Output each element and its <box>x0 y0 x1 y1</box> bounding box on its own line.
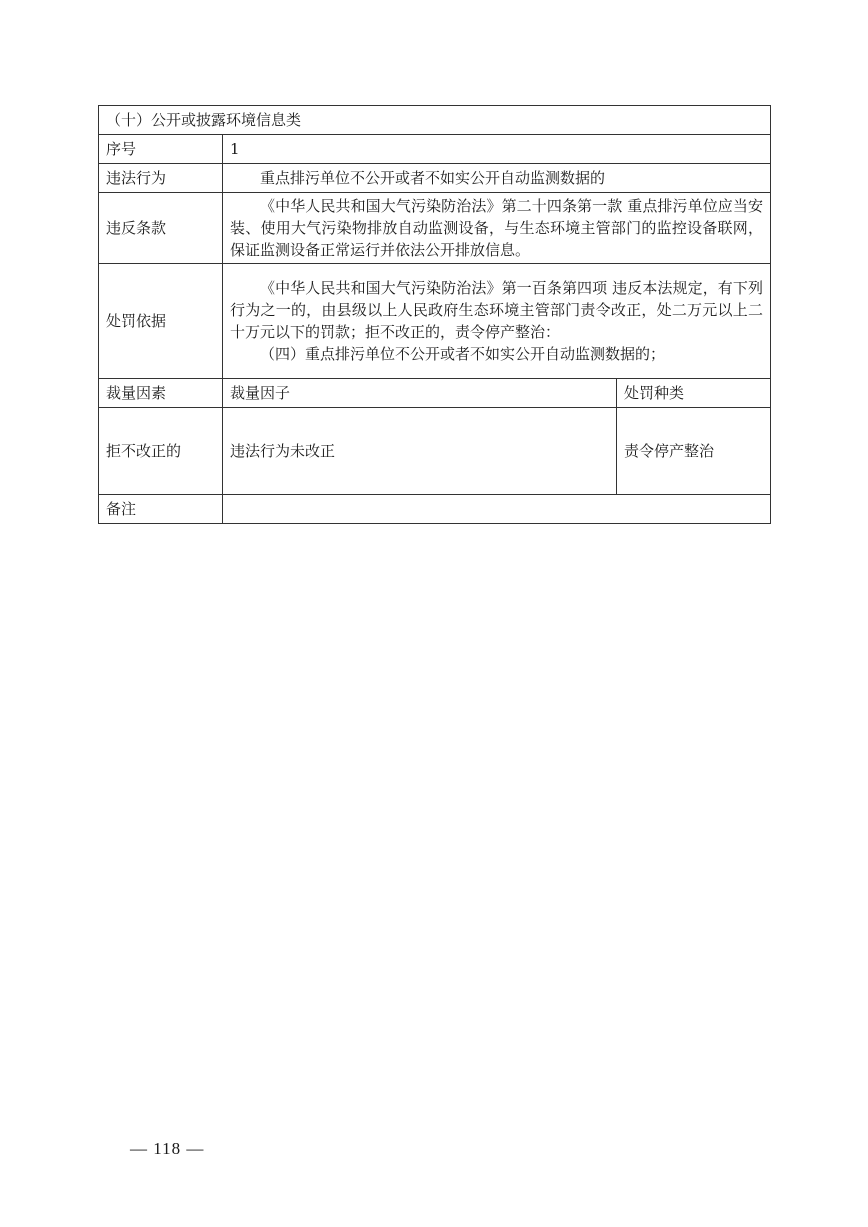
remarks-label: 备注 <box>99 495 223 524</box>
article-violated-label: 违反条款 <box>99 193 223 264</box>
violation-row: 违法行为 重点排污单位不公开或者不如实公开自动监测数据的 <box>99 164 771 193</box>
remarks-row: 备注 <box>99 495 771 524</box>
discretion-element: 违法行为未改正 <box>223 408 617 495</box>
penalty-type: 责令停产整治 <box>617 408 771 495</box>
discretion-header-row: 裁量因素 裁量因子 处罚种类 <box>99 379 771 408</box>
article-violated-text: 《中华人民共和国大气污染防治法》第二十四条第一款 重点排污单位应当安装、使用大气… <box>230 195 763 261</box>
article-violated-row: 违反条款 《中华人民共和国大气污染防治法》第二十四条第一款 重点排污单位应当安装… <box>99 193 771 264</box>
discretion-element-header: 裁量因子 <box>223 379 617 408</box>
page-number: — 118 — <box>130 1139 204 1159</box>
serial-row: 序号 1 <box>99 135 771 164</box>
remarks-value <box>223 495 771 524</box>
section-title-row: （十）公开或披露环境信息类 <box>99 106 771 135</box>
discretion-item-row: 拒不改正的 违法行为未改正 责令停产整治 <box>99 408 771 495</box>
article-violated-cell: 《中华人民共和国大气污染防治法》第二十四条第一款 重点排污单位应当安装、使用大气… <box>223 193 771 264</box>
penalty-basis-paragraph-1: 《中华人民共和国大气污染防治法》第一百条第四项 违反本法规定，有下列行为之一的，… <box>230 277 763 343</box>
penalty-type-header: 处罚种类 <box>617 379 771 408</box>
penalty-basis-paragraph-2: （四）重点排污单位不公开或者不如实公开自动监测数据的； <box>230 343 763 365</box>
penalty-basis-label: 处罚依据 <box>99 264 223 379</box>
violation-label: 违法行为 <box>99 164 223 193</box>
serial-value: 1 <box>223 135 771 164</box>
violation-value: 重点排污单位不公开或者不如实公开自动监测数据的 <box>223 164 771 193</box>
serial-label: 序号 <box>99 135 223 164</box>
section-title: （十）公开或披露环境信息类 <box>99 106 771 135</box>
penalty-discretion-table: （十）公开或披露环境信息类 序号 1 违法行为 重点排污单位不公开或者不如实公开… <box>98 105 771 524</box>
penalty-basis-row: 处罚依据 《中华人民共和国大气污染防治法》第一百条第四项 违反本法规定，有下列行… <box>99 264 771 379</box>
discretion-factor-header: 裁量因素 <box>99 379 223 408</box>
discretion-factor: 拒不改正的 <box>99 408 223 495</box>
penalty-basis-cell: 《中华人民共和国大气污染防治法》第一百条第四项 违反本法规定，有下列行为之一的，… <box>223 264 771 379</box>
